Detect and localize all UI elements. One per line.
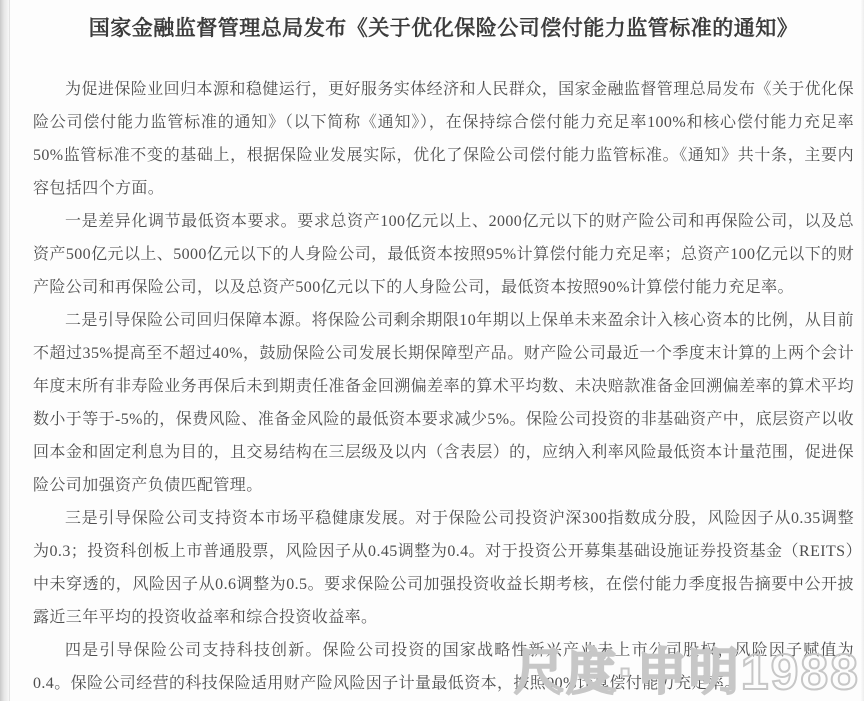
paragraph-point-4: 四是引导保险公司支持科技创新。保险公司投资的国家战略性新兴产业未上市公司股权，风… [33,634,854,700]
document-content: 国家金融监督管理总局发布《关于优化保险公司偿付能力监管标准的通知》 为促进保险业… [33,0,854,700]
paragraph-intro: 为促进保险业回归本源和稳健运行，更好服务实体经济和人民群众，国家金融监督管理总局… [33,73,854,205]
document-body: 为促进保险业回归本源和稳健运行，更好服务实体经济和人民群众，国家金融监督管理总局… [33,73,854,700]
left-edge-shadow [0,0,10,701]
paragraph-point-2: 二是引导保险公司回归保障本源。将保险公司剩余期限10年期以上保单未来盈余计入核心… [33,304,854,502]
document-title: 国家金融监督管理总局发布《关于优化保险公司偿付能力监管标准的通知》 [33,14,854,44]
document-page: 国家金融监督管理总局发布《关于优化保险公司偿付能力监管标准的通知》 为促进保险业… [0,0,864,701]
paragraph-point-3: 三是引导保险公司支持资本市场平稳健康发展。对于保险公司投资沪深300指数成分股，… [33,502,854,634]
paragraph-point-1: 一是差异化调节最低资本要求。要求总资产100亿元以上、2000亿元以下的财产险公… [33,205,854,304]
